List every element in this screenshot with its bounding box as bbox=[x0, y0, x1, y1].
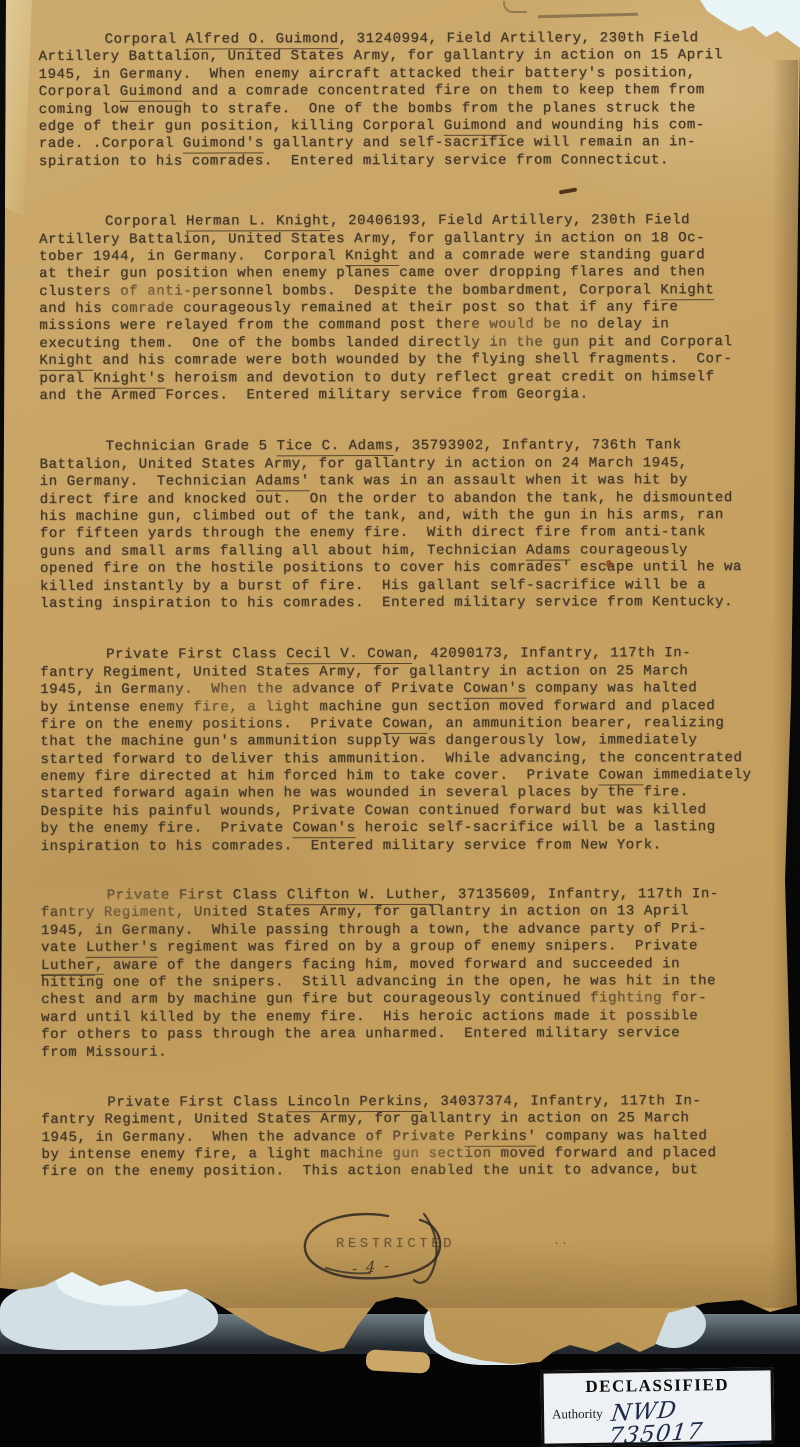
typewritten-line: started forward to deliver this ammuniti… bbox=[40, 750, 770, 769]
typewritten-line: that the machine gun's ammunition supply… bbox=[40, 732, 770, 751]
typewritten-line: from Missouri. bbox=[41, 1043, 771, 1062]
pencil-scribble bbox=[503, 1, 527, 13]
citation-paragraph: Technician Grade 5 Tice C. Adams, 357939… bbox=[40, 437, 770, 613]
typewritten-line: guns and small arms falling all about hi… bbox=[40, 542, 770, 561]
restricted-stamp-text: RESTRICTED bbox=[336, 1236, 455, 1252]
typewritten-line: Corporal Herman L. Knight, 20406193, Fie… bbox=[39, 212, 769, 231]
typewritten-line: direct fire and knocked out. On the orde… bbox=[40, 490, 770, 509]
citation-paragraph: Private First Class Lincoln Perkins, 340… bbox=[41, 1093, 771, 1182]
citation-paragraph: Private First Class Clifton W. Luther, 3… bbox=[41, 886, 771, 1062]
typewritten-line: Technician Grade 5 Tice C. Adams, 357939… bbox=[40, 437, 770, 456]
declassified-title: DECLASSIFIED bbox=[552, 1375, 763, 1398]
typewritten-line: 1945, in Germany. When enemy aircraft at… bbox=[39, 65, 769, 84]
authority-label: Authority bbox=[552, 1406, 603, 1423]
restricted-stamp: RESTRICTED - 4 - ·· bbox=[296, 1206, 596, 1306]
typewritten-line: fantry Regiment, United States Army, for… bbox=[41, 903, 771, 922]
typewritten-line: executing them. One of the bombs landed … bbox=[39, 334, 769, 353]
paper-scrap bbox=[365, 1349, 430, 1373]
typewritten-line: fire on the enemy position. This action … bbox=[42, 1163, 772, 1182]
typewritten-line: opened fire on the hostile positions to … bbox=[40, 559, 770, 578]
typewritten-line: missions were relayed from the command p… bbox=[39, 317, 769, 336]
typewritten-line: vate Luther's regiment was fired on by a… bbox=[41, 938, 771, 957]
citation-paragraph: Corporal Alfred O. Guimond, 31240994, Fi… bbox=[39, 30, 769, 171]
typewritten-line: inspiration to his comrades. Entered mil… bbox=[41, 837, 771, 856]
typewritten-line: for others to pass through the area unha… bbox=[41, 1025, 771, 1044]
typewritten-line: spiration to his comrades. Entered milit… bbox=[39, 152, 769, 171]
typewritten-line: Knight and his comrade were both wounded… bbox=[39, 351, 769, 370]
typewritten-line: clusters of anti-personnel bombs. Despit… bbox=[39, 282, 769, 301]
typewritten-line: coming low enough to strafe. One of the … bbox=[39, 100, 769, 119]
typewritten-line: lasting inspiration to his comrades. Ent… bbox=[40, 594, 770, 613]
citation-text: Corporal Alfred O. Guimond, 31240994, Fi… bbox=[0, 0, 800, 1182]
rust-stain bbox=[606, 560, 612, 568]
stray-ink-dots: ·· bbox=[554, 1234, 570, 1251]
typewritten-line: fantry Regiment, United States Army, for… bbox=[40, 663, 770, 682]
page-number: - 4 - bbox=[352, 1256, 391, 1278]
citation-paragraph: Corporal Herman L. Knight, 20406193, Fie… bbox=[39, 212, 769, 405]
typewritten-line: killed instantly by a burst of fire. His… bbox=[40, 577, 770, 596]
authority-handwritten-value: NWD 735017 bbox=[606, 1394, 766, 1447]
typewritten-line: at their gun position when enemy planes … bbox=[39, 264, 769, 283]
declassified-stamp: DECLASSIFIED Authority NWD 735017 bbox=[540, 1367, 774, 1446]
typewritten-line: started forward again when he was wounde… bbox=[41, 784, 771, 803]
citation-paragraph: Private First Class Cecil V. Cowan, 4209… bbox=[40, 645, 771, 856]
typewritten-line: Artillery Battalion, United States Army,… bbox=[39, 230, 769, 249]
typewritten-line: by intense enemy fire, a light machine g… bbox=[40, 698, 770, 717]
typewritten-line: by the enemy fire. Private Cowan's heroi… bbox=[41, 819, 771, 838]
typewritten-line: chest and arm by machine gun fire but co… bbox=[41, 990, 771, 1009]
typewritten-line: Corporal Guimond and a comrade concentra… bbox=[39, 82, 769, 101]
typewritten-line: rade. .Corporal Guimond's gallantry and … bbox=[39, 134, 769, 153]
scanned-document-photo: Corporal Alfred O. Guimond, 31240994, Fi… bbox=[0, 0, 800, 1447]
document-page: Corporal Alfred O. Guimond, 31240994, Fi… bbox=[0, 0, 800, 1447]
typewritten-line: ward until killed by the enemy fire. His… bbox=[41, 1008, 771, 1027]
typewritten-line: 1945, in Germany. While passing through … bbox=[41, 921, 771, 940]
typewritten-line: and the Armed Forces. Entered military s… bbox=[39, 386, 769, 405]
typewritten-line: Luther, aware of the dangers facing him,… bbox=[41, 956, 771, 975]
typewritten-line: in Germany. Technician Adams' tank was i… bbox=[40, 472, 770, 491]
typewritten-line: fire on the enemy positions. Private Cow… bbox=[40, 715, 770, 734]
typewritten-line: fantry Regiment, United States Army, for… bbox=[41, 1110, 771, 1129]
typewritten-line: poral Knight's heroism and devotion to d… bbox=[39, 369, 769, 388]
typewritten-line: 1945, in Germany. When the advance of Pr… bbox=[40, 680, 770, 699]
typewritten-line: Despite his painful wounds, Private Cowa… bbox=[41, 802, 771, 821]
typewritten-line: for fifteen yards through the enemy fire… bbox=[40, 524, 770, 543]
typewritten-line: Battalion, United States Army, for galla… bbox=[40, 455, 770, 474]
typewritten-line: Private First Class Cecil V. Cowan, 4209… bbox=[40, 645, 770, 664]
typewritten-line: Artillery Battalion, United States Army,… bbox=[39, 47, 769, 66]
typewritten-line: 1945, in Germany. When the advance of Pr… bbox=[41, 1128, 771, 1147]
